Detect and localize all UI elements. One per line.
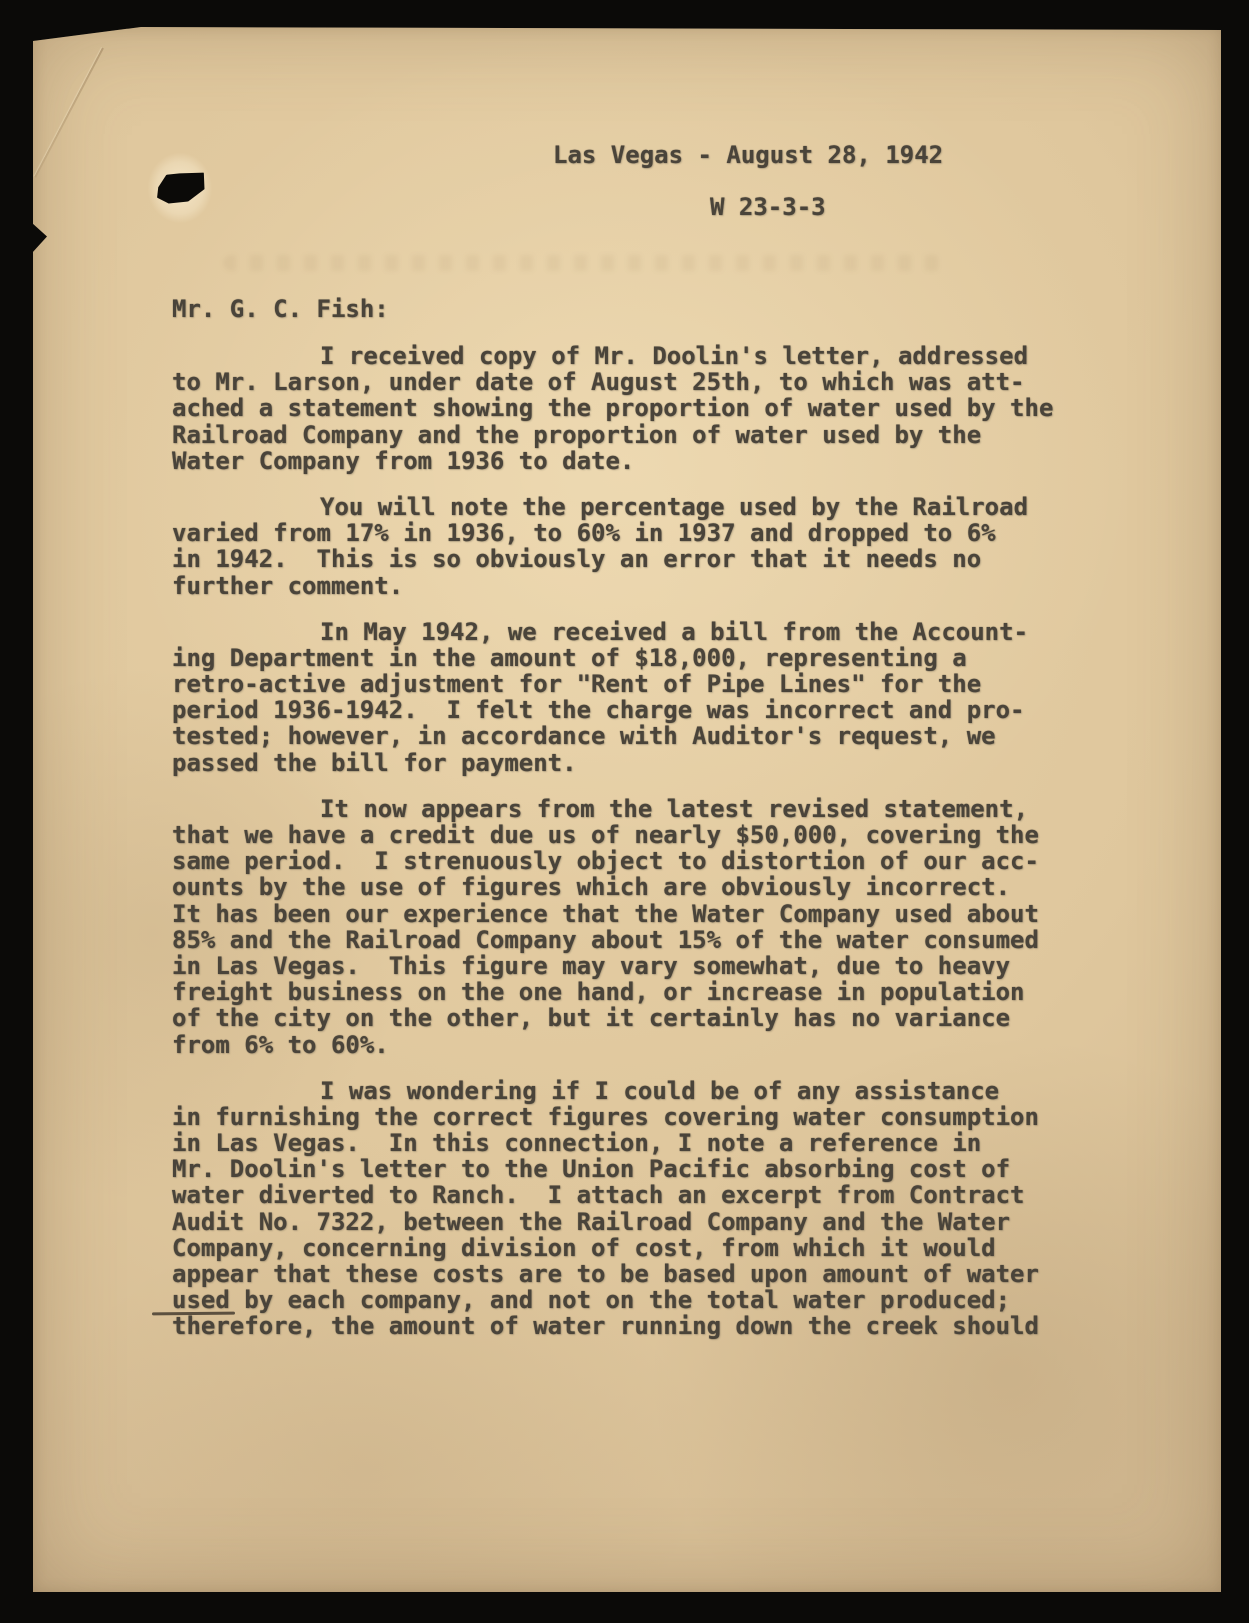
text-line: period 1936-1942. I felt the charge was … bbox=[172, 697, 1112, 723]
text-line: to Mr. Larson, under date of August 25th… bbox=[172, 369, 1112, 395]
text-line: appear that these costs are to be based … bbox=[172, 1261, 1112, 1287]
text-line: of the city on the other, but it certain… bbox=[172, 1005, 1112, 1031]
text-line: water diverted to Ranch. I attach an exc… bbox=[172, 1182, 1112, 1208]
text-line: It has been our experience that the Wate… bbox=[172, 901, 1112, 927]
text-line: Railroad Company and the proportion of w… bbox=[172, 422, 1112, 448]
text-line: 85% and the Railroad Company about 15% o… bbox=[172, 927, 1112, 953]
text-line: further comment. bbox=[172, 573, 1112, 599]
underlined-word: used bbox=[172, 1287, 230, 1313]
text-after-underline: by each company, and not on the total wa… bbox=[230, 1286, 1010, 1314]
text-line: ached a statement showing the proportion… bbox=[172, 395, 1112, 421]
torn-punch-hole bbox=[141, 143, 221, 233]
text-line: in furnishing the correct figures coveri… bbox=[172, 1104, 1112, 1130]
text-line: used by each company, and not on the tot… bbox=[172, 1287, 1112, 1313]
text-line: tested; however, in accordance with Audi… bbox=[172, 723, 1112, 749]
text-line: that we have a credit due us of nearly $… bbox=[172, 822, 1112, 848]
ghost-impression bbox=[223, 255, 943, 271]
paragraph-3: In May 1942, we received a bill from the… bbox=[172, 619, 1112, 776]
text-line: same period. I strenuously object to dis… bbox=[172, 848, 1112, 874]
edge-notch bbox=[32, 223, 47, 253]
text-line: Company, concerning division of cost, fr… bbox=[172, 1235, 1112, 1261]
paragraph-4: It now appears from the latest revised s… bbox=[172, 796, 1112, 1058]
text-line: passed the bill for payment. bbox=[172, 750, 1112, 776]
text-line: In May 1942, we received a bill from the… bbox=[172, 619, 1112, 645]
text-line: Mr. Doolin's letter to the Union Pacific… bbox=[172, 1156, 1112, 1182]
text-line: from 6% to 60%. bbox=[172, 1032, 1112, 1058]
paragraph-1: I received copy of Mr. Doolin's letter, … bbox=[172, 343, 1112, 474]
paragraph-2: You will note the percentage used by the… bbox=[172, 494, 1112, 599]
dateline: Las Vegas - August 28, 1942 bbox=[553, 141, 943, 169]
letter-paper: Las Vegas - August 28, 1942 W 23-3-3 Mr.… bbox=[33, 27, 1221, 1592]
text-line: Water Company from 1936 to date. bbox=[172, 448, 1112, 474]
paper-crease bbox=[34, 48, 104, 178]
text-line: ing Department in the amount of $18,000,… bbox=[172, 645, 1112, 671]
text-line: in Las Vegas. This figure may vary somew… bbox=[172, 953, 1112, 979]
text-line: in Las Vegas. In this connection, I note… bbox=[172, 1130, 1112, 1156]
reference-number: W 23-3-3 bbox=[710, 193, 826, 221]
text-line: therefore, the amount of water running d… bbox=[172, 1313, 1112, 1339]
text-line: freight business on the one hand, or inc… bbox=[172, 979, 1112, 1005]
paragraph-5: I was wondering if I could be of any ass… bbox=[172, 1078, 1112, 1340]
text-line: Audit No. 7322, between the Railroad Com… bbox=[172, 1209, 1112, 1235]
text-line: varied from 17% in 1936, to 60% in 1937 … bbox=[172, 520, 1112, 546]
salutation: Mr. G. C. Fish: bbox=[172, 295, 1112, 323]
text-line: ounts by the use of figures which are ob… bbox=[172, 874, 1112, 900]
text-line: I received copy of Mr. Doolin's letter, … bbox=[172, 343, 1112, 369]
text-line: retro-active adjustment for "Rent of Pip… bbox=[172, 671, 1112, 697]
text-line: I was wondering if I could be of any ass… bbox=[172, 1078, 1112, 1104]
text-line: It now appears from the latest revised s… bbox=[172, 796, 1112, 822]
letter-body: Mr. G. C. Fish: I received copy of Mr. D… bbox=[172, 295, 1112, 1340]
text-line: in 1942. This is so obviously an error t… bbox=[172, 546, 1112, 572]
text-line: You will note the percentage used by the… bbox=[172, 494, 1112, 520]
